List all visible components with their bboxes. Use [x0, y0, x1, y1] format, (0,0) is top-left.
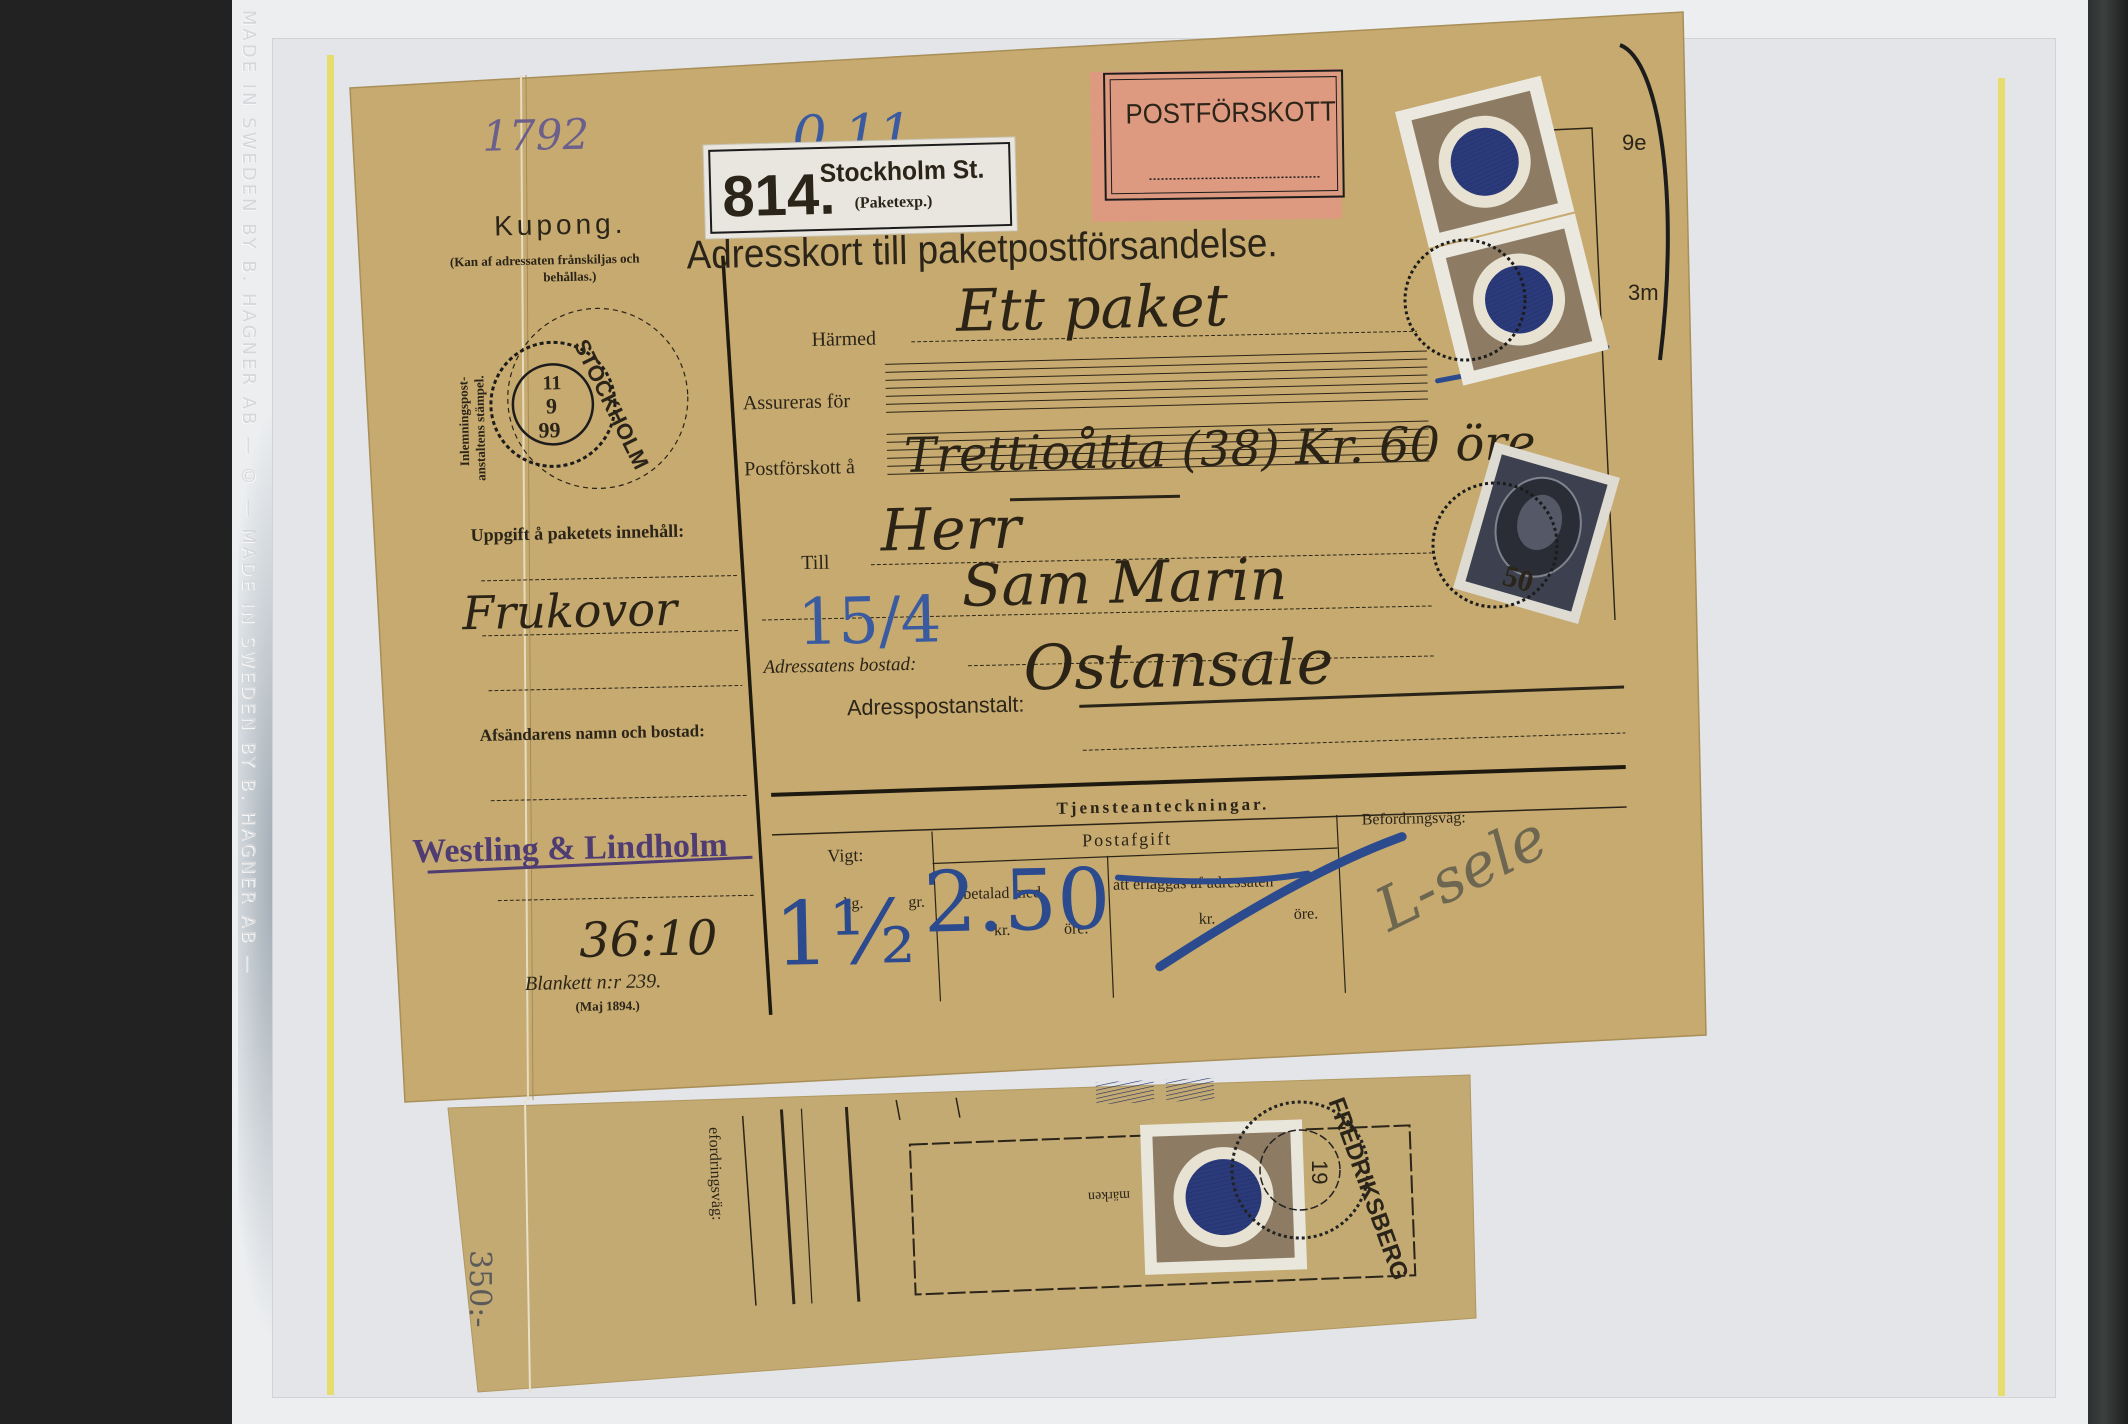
pencil-note-top: 1792: [482, 110, 590, 161]
lower-stamp: [1140, 1119, 1307, 1275]
lower-card: efordringsväg: märken FREDRIKSBERG 19 35…: [448, 1070, 1476, 1392]
weight-value: 1½: [773, 880, 916, 986]
coupon-postmark-day: 11: [542, 372, 561, 394]
coupon-note-2: behållas.): [543, 268, 596, 284]
form-number: Blankett n:r 239.: [525, 970, 662, 995]
ref-number: 36:10: [579, 910, 718, 969]
parcel-card-scene: efordringsväg: märken FREDRIKSBERG 19 35…: [0, 0, 2128, 1424]
coupon-postmark-year: 99: [538, 417, 561, 442]
till-label: Till: [801, 552, 830, 575]
contents-value: Frukovor: [461, 582, 681, 641]
postmark-label-1: Inlemningspost-: [455, 376, 472, 466]
lower-postmark-day: 19: [1307, 1160, 1332, 1184]
lower-pencil-price: 350:-: [462, 1250, 497, 1328]
weight-label: Vigt:: [827, 845, 863, 866]
registration-office: Stockholm St.: [819, 155, 984, 188]
cod-label-text: POSTFÖRSKOTT: [1125, 96, 1336, 130]
paid-value: 2.50: [922, 850, 1111, 952]
harmed-label: Härmed: [811, 328, 876, 351]
postmark-label-2: anstaltens stämpel.: [471, 375, 488, 481]
registration-sub: (Paketexp.): [854, 193, 932, 212]
blue-note-mid: 15/4: [797, 583, 942, 660]
harmed-value: Ett paket: [954, 271, 1229, 345]
coupon-heading: Kupong.: [494, 208, 627, 242]
route-label: Befordringsväg:: [1362, 809, 1466, 828]
collect-ore-label: öre.: [1294, 905, 1319, 923]
cod-label: POSTFÖRSKOTT: [1090, 68, 1344, 222]
coupon-postmark-month: 9: [546, 393, 558, 418]
sender-stamp: Westling & Lindholm: [412, 827, 728, 871]
postanstalt-value: Ostansale: [1023, 625, 1334, 704]
assureras-label: Assureras för: [743, 390, 851, 414]
side-postmark-2: 3m: [1628, 280, 1659, 305]
till-value-2: Sam Marin: [961, 545, 1288, 620]
main-parcel-card: 1792 0.11 Kupong. (Kan af adressaten frå…: [350, 12, 1706, 1102]
side-postmark-1: 9e: [1622, 130, 1646, 155]
collect-kr-label: kr.: [1199, 911, 1216, 928]
form-date: (Maj 1894.): [575, 998, 640, 1014]
lower-route-label: efordringsväg:: [705, 1127, 726, 1221]
postforskott-label: Postförskott å: [744, 456, 855, 480]
registration-label: 814. Stockholm St. (Paketexp.): [703, 137, 1017, 239]
postanstalt-label: Adresspostanstalt:: [847, 691, 1025, 720]
postage-heading: Postafgift: [1082, 828, 1172, 850]
bostad-label: Adressatens bostad:: [761, 654, 916, 678]
lower-stamp-label: märken: [1088, 1187, 1131, 1204]
